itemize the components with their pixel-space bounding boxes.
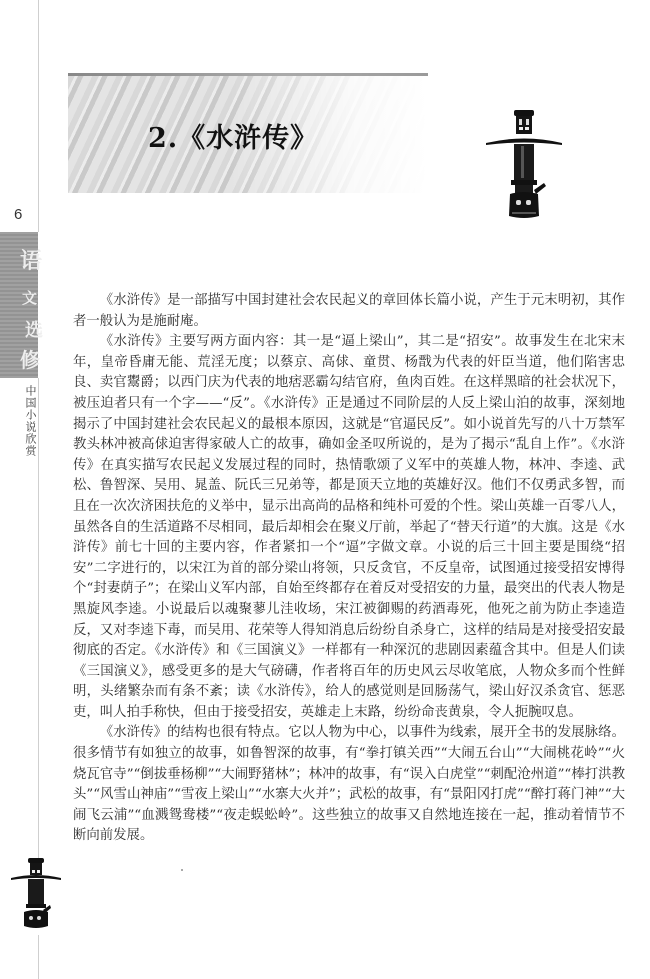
series-sidebar-band: 语 文 选 修 (0, 232, 38, 378)
page-number: 6 (14, 206, 22, 223)
series-char: 选 (25, 316, 43, 342)
speck (181, 869, 183, 871)
paragraph: 《水浒传》是一部描写中国封建社会农民起义的章回体长篇小说，产生于元末明初，其作者… (73, 291, 625, 332)
banner-top-rule (68, 73, 428, 76)
book-subtitle: 中国小说欣赏 (23, 385, 37, 457)
series-char: 修 (20, 344, 40, 373)
margin-rule-bottom (38, 935, 39, 979)
series-char: 语 (20, 244, 42, 275)
chapter-title: 2.《水浒传》 (148, 116, 318, 155)
paragraph: 《水浒传》主要写两方面内容：其一是“逼上梁山”，其二是“招安”。故事发生在北宋末… (73, 332, 625, 723)
kerosene-lamp-icon (484, 108, 564, 220)
margin-rule-middle (38, 378, 39, 878)
article-body: 《水浒传》是一部描写中国封建社会农民起义的章回体长篇小说，产生于元末明初，其作者… (73, 291, 625, 847)
margin-rule-top (38, 0, 39, 232)
paragraph: 《水浒传》的结构也很有特点。它以人物为中心，以事件为线索，展开全书的发展脉络。很… (73, 723, 625, 847)
kerosene-lamp-icon (10, 856, 62, 930)
series-char: 文 (22, 287, 37, 308)
